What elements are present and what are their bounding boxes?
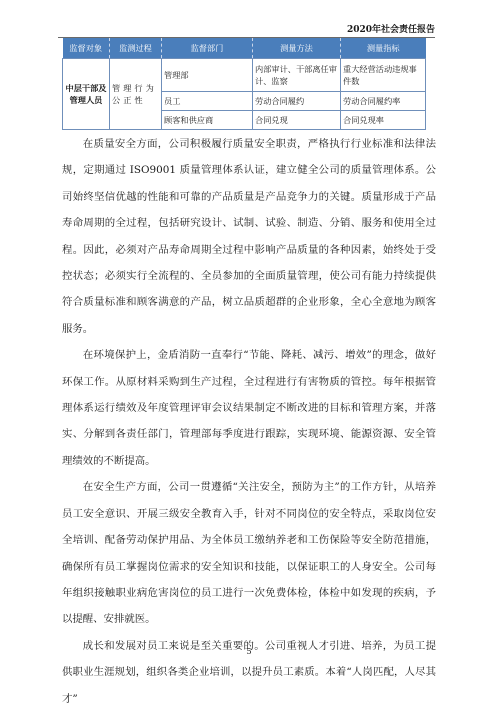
department-cell: 顾客和供应商 bbox=[162, 111, 253, 130]
column-header: 监测过程 bbox=[110, 38, 162, 59]
supervision-table: 监督对象 监测过程 监督部门 测量方法 测量指标 中层干部及管理人员 管理行为公… bbox=[62, 38, 426, 130]
department-cell: 管理部 bbox=[162, 59, 253, 92]
paragraph-environment: 在环境保护上，金盾消防一直奉行“节能、降耗、减污、增效”的理念，做好环保工作。从… bbox=[62, 342, 436, 474]
body-text: 在质量安全方面，公司积极履行质量安全职责，严格执行行业标准和法律法规，定期通过 … bbox=[62, 131, 436, 704]
department-cell: 员工 bbox=[162, 92, 253, 111]
method-cell: 劳动合同履约 bbox=[253, 92, 341, 111]
paragraph-production-safety: 在安全生产方面，公司一贯遵循“关注安全，预防为主”的工作方针，从培养员工安全意识… bbox=[62, 474, 436, 632]
indicator-cell: 合同兑现率 bbox=[341, 111, 426, 130]
indicator-cell: 劳动合同履约率 bbox=[341, 92, 426, 111]
page-number: 5 bbox=[0, 647, 498, 656]
running-header: 2020年社会责任报告 bbox=[58, 24, 435, 38]
paragraph-quality-safety: 在质量安全方面，公司积极履行质量安全职责，严格执行行业标准和法律法规，定期通过 … bbox=[62, 131, 436, 342]
process-cell: 管理行为公正性 bbox=[110, 59, 162, 130]
table-header-row: 监督对象 监测过程 监督部门 测量方法 测量指标 bbox=[63, 38, 426, 59]
subject-cell: 中层干部及管理人员 bbox=[63, 59, 110, 130]
report-title: 2020年社会责任报告 bbox=[347, 25, 435, 35]
column-header: 监督部门 bbox=[162, 38, 253, 59]
indicator-cell: 重大经营活动违规事件数 bbox=[341, 59, 426, 92]
paragraph-employee-growth: 成长和发展对员工来说是至关重要的。公司重视人才引进、培养，为员工提供职业生涯规划… bbox=[62, 633, 436, 704]
column-header: 测量指标 bbox=[341, 38, 426, 59]
method-cell: 合同兑现 bbox=[253, 111, 341, 130]
column-header: 监督对象 bbox=[63, 38, 110, 59]
table-row: 中层干部及管理人员 管理行为公正性 管理部 内部审计、干部离任审计、监察 重大经… bbox=[63, 59, 426, 92]
method-cell: 内部审计、干部离任审计、监察 bbox=[253, 59, 341, 92]
column-header: 测量方法 bbox=[253, 38, 341, 59]
